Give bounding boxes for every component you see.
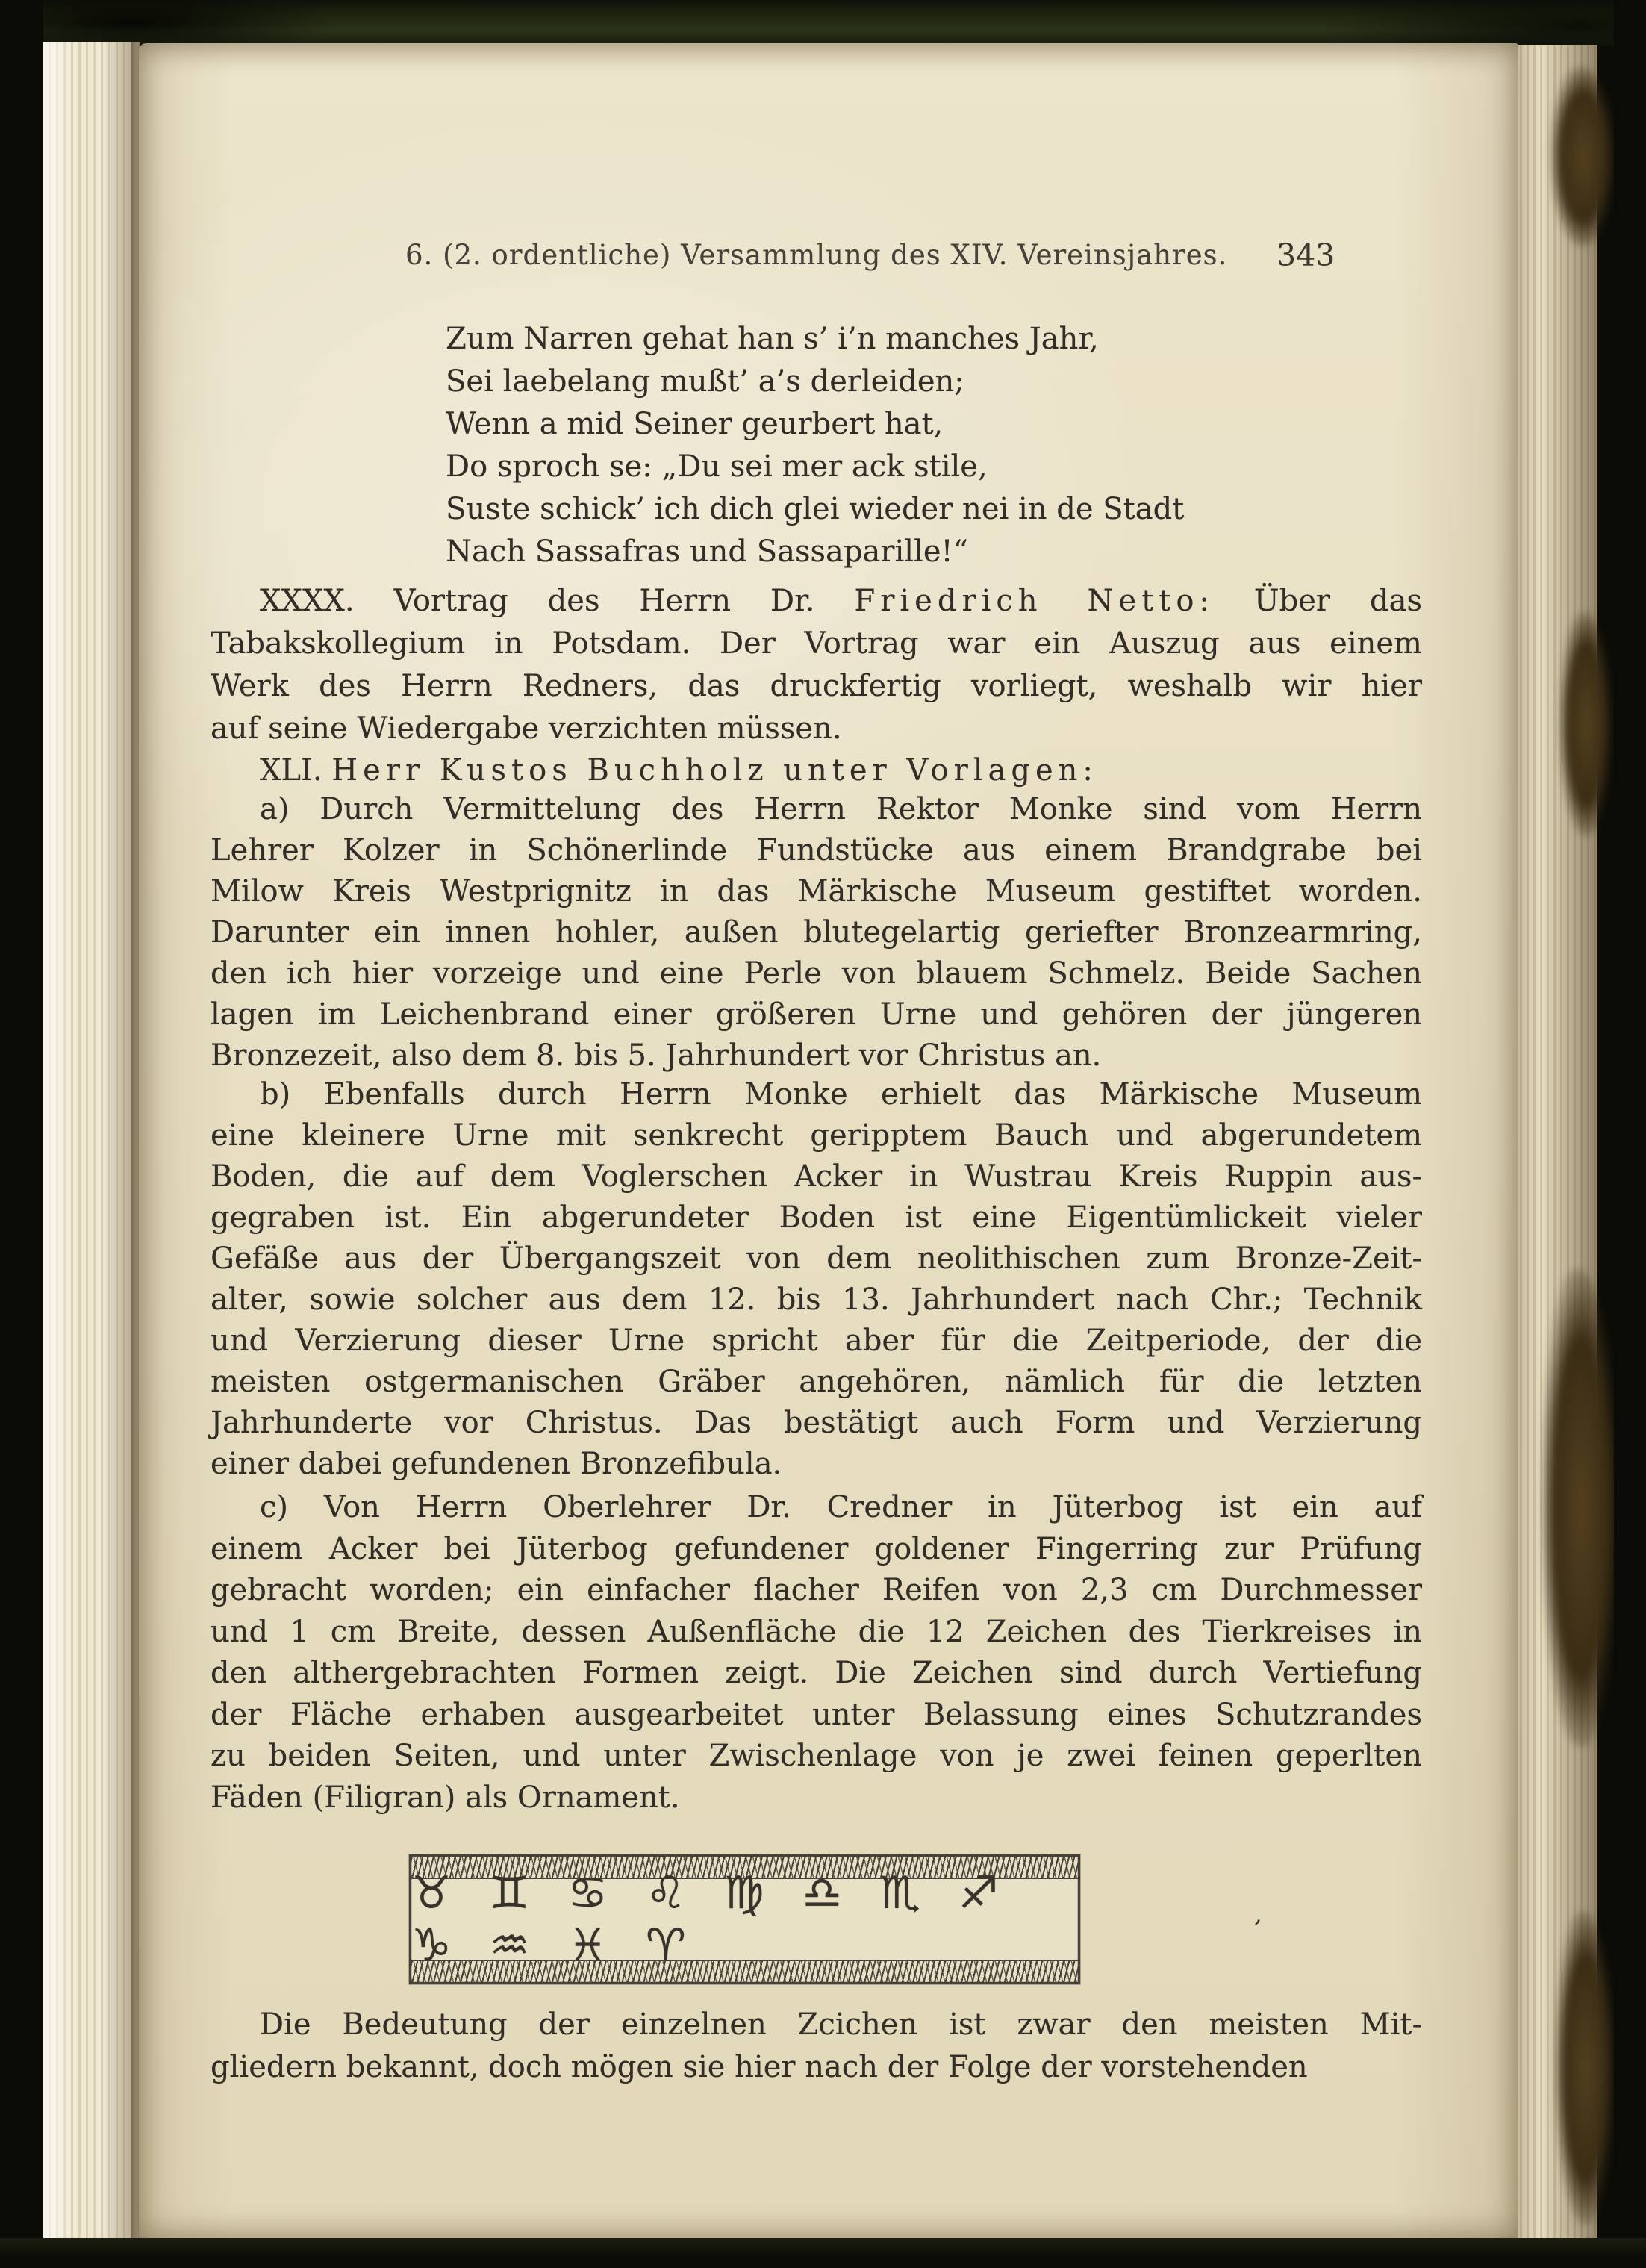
text-line: zu beiden Seiten, und unter Zwischenlage…: [211, 1736, 1422, 1778]
text-line: den ich hier vorzeige und eine Perle von…: [211, 953, 1422, 994]
text-line: einem Acker bei Jüterbog gefundener gold…: [211, 1529, 1422, 1571]
text-line: Jahrhunderte vor Christus. Das bestätigt…: [211, 1403, 1422, 1444]
paragraph-c: c) Von Herrn Oberlehrer Dr. Credner in J…: [211, 1487, 1422, 1819]
spaced-name: Herr Kustos Buchholz unter Vorlagen:: [331, 753, 1098, 788]
book-scan: 6. (2. ordentliche) Versammlung des XIV.…: [0, 0, 1646, 2268]
paragraph-b: b) Ebenfalls durch Herrn Monke erhielt d…: [211, 1074, 1422, 1485]
page-stack-left-edges: [43, 42, 140, 2246]
text-line: den althergebrachten Formen zeigt. Die Z…: [211, 1653, 1422, 1695]
binding-damage-patch: [1551, 67, 1615, 246]
binding-damage-patch: [1560, 612, 1612, 836]
text-line: Werk des Herrn Redners, das druckfertig …: [211, 665, 1422, 708]
text-line: a) Durch Vermittelung des Herrn Rektor M…: [211, 789, 1422, 830]
poem-line: Do sproch se: „Du sei mer ack stile,: [446, 446, 1184, 488]
text-line: einer dabei gefundenen Bronzefibula.: [211, 1444, 1422, 1485]
text-line: gebracht worden; ein einfacher flacher R…: [211, 1570, 1422, 1612]
spaced-name: Friedrich Netto:: [855, 584, 1215, 618]
page-number: 343: [1276, 237, 1335, 273]
text-line: alter, sowie solcher aus dem 12. bis 13.…: [211, 1280, 1422, 1321]
running-header: 6. (2. ordentliche) Versammlung des XIV.…: [405, 239, 1227, 271]
text-line: Bronzezeit, also dem 8. bis 5. Jahrhunde…: [211, 1035, 1422, 1077]
binding-damage-patch: [1556, 1911, 1615, 2225]
text-line: Fäden (Filigran) als Ornament.: [211, 1778, 1422, 1819]
text-line: auf seine Wiedergabe verzichten müssen.: [211, 708, 1422, 750]
text-line: meisten ostgermanischen Gräber angehören…: [211, 1362, 1422, 1403]
text-run: XXXX. Vortrag des Herrn Dr.: [260, 584, 855, 618]
text-line: gliedern bekannt, doch mögen sie hier na…: [211, 2046, 1422, 2089]
zodiac-glyph-row: ♉ ♊ ♋ ♌ ♍ ♎ ♏ ♐ ♑ ♒ ♓ ♈: [411, 1879, 1078, 1960]
zodiac-ring-figure: ♉ ♊ ♋ ♌ ♍ ♎ ♏ ♐ ♑ ♒ ♓ ♈: [409, 1854, 1080, 1984]
text-line: gegraben ist. Ein abgerundeter Boden ist…: [211, 1197, 1422, 1239]
page-stack-right-edges: [1515, 45, 1597, 2240]
text-run: Über das: [1215, 584, 1422, 618]
book-cover-top-edge: [0, 0, 1646, 46]
text-line: c) Von Herrn Oberlehrer Dr. Credner in J…: [211, 1487, 1422, 1529]
text-line: b) Ebenfalls durch Herrn Monke erhielt d…: [211, 1074, 1422, 1115]
text-run: XLI.: [260, 753, 331, 788]
paragraph-first-line: XXXX. Vortrag des Herrn Dr. Friedrich Ne…: [211, 580, 1422, 623]
background-left: [0, 0, 43, 2268]
paragraph-a: a) Durch Vermittelung des Herrn Rektor M…: [211, 789, 1422, 1077]
poem-line: Suste schick’ ich dich glei wieder nei i…: [446, 488, 1184, 531]
heading-line: XLI. Herr Kustos Buchholz unter Vorlagen…: [211, 750, 1422, 792]
background-right: [1614, 0, 1646, 2268]
poem-line: Wenn a mid Seiner geurbert hat,: [446, 403, 1184, 446]
text-line: und 1 cm Breite, dessen Außenfläche die …: [211, 1612, 1422, 1654]
poem-block: Zum Narren gehat han s’ i’n manches Jahr…: [446, 318, 1184, 573]
text-line: Lehrer Kolzer in Schönerlinde Fundstücke…: [211, 830, 1422, 871]
poem-line: Nach Sassafras und Sassaparille!“: [446, 531, 1184, 573]
text-line: Boden, die auf dem Voglerschen Acker in …: [211, 1156, 1422, 1197]
background-bottom: [0, 2238, 1646, 2268]
text-line: Tabakskollegium in Potsdam. Der Vortrag …: [211, 623, 1422, 665]
text-line: Darunter ein innen hohler, außen blutege…: [211, 912, 1422, 953]
poem-line: Zum Narren gehat han s’ i’n manches Jahr…: [446, 318, 1184, 361]
text-line: der Fläche erhaben ausgearbeitet unter B…: [211, 1695, 1422, 1736]
text-line: Gefäße aus der Übergangszeit von dem neo…: [211, 1239, 1422, 1280]
heading-xli: XLI. Herr Kustos Buchholz unter Vorlagen…: [211, 750, 1422, 792]
text-line: Milow Kreis Westprignitz in das Märkisch…: [211, 871, 1422, 912]
text-line: und Verzierung dieser Urne spricht aber …: [211, 1321, 1422, 1362]
text-line: Die Bedeutung der einzelnen Zcichen ist …: [211, 2004, 1422, 2046]
poem-line: Sei laebelang mußt’ a’s derleiden;: [446, 361, 1184, 403]
binding-damage-patch: [1542, 1269, 1620, 1747]
closing-paragraph: Die Bedeutung der einzelnen Zcichen ist …: [211, 2004, 1422, 2089]
paragraph-xxxx: XXXX. Vortrag des Herrn Dr. Friedrich Ne…: [211, 580, 1422, 750]
text-line: eine kleinere Urne mit senkrecht gerippt…: [211, 1115, 1422, 1156]
text-line: lagen im Leichenbrand einer größeren Urn…: [211, 994, 1422, 1035]
